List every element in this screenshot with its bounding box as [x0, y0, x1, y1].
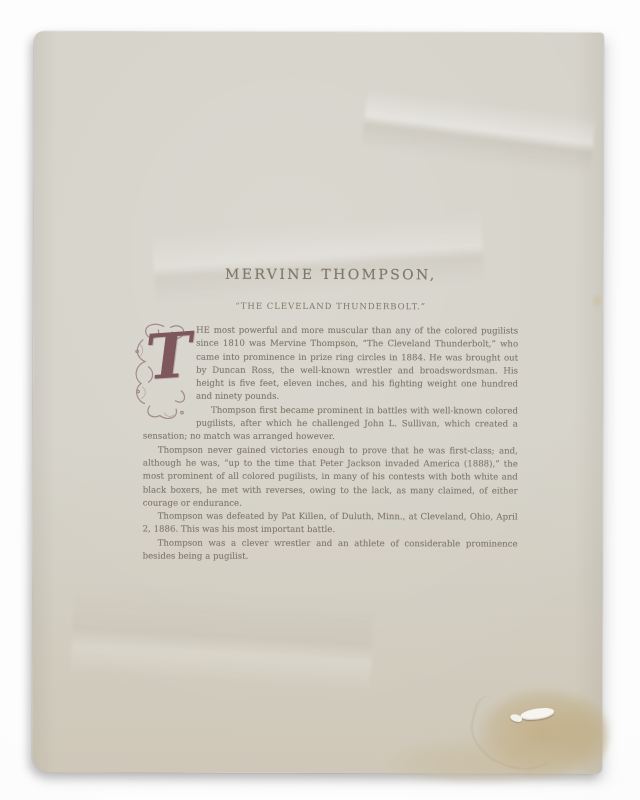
photo-background: MERVINE THOMPSON, “THE CLEVELAND THUNDER…	[0, 0, 640, 800]
drop-cap: T	[143, 326, 188, 419]
printed-content: MERVINE THOMPSON, “THE CLEVELAND THUNDER…	[32, 31, 604, 773]
page-subtitle: “THE CLEVELAND THUNDERBOLT.”	[143, 302, 518, 313]
paragraph-3: Thompson never gained victories enough t…	[143, 444, 518, 511]
paragraph-5: Thompson was a clever wrestler and an at…	[143, 537, 518, 565]
article-body: T HE most powerful and more muscular tha…	[143, 325, 519, 565]
paragraph-1: HE most powerful and more muscular than …	[143, 325, 518, 406]
paragraph-2: Thompson first became prominent in battl…	[143, 404, 518, 445]
drop-cap-letter: T	[144, 324, 194, 389]
page-title: MERVINE THOMPSON,	[143, 267, 518, 284]
document-page: MERVINE THOMPSON, “THE CLEVELAND THUNDER…	[32, 31, 604, 773]
paragraph-4: Thompson was defeated by Pat Killen, of …	[143, 511, 518, 539]
